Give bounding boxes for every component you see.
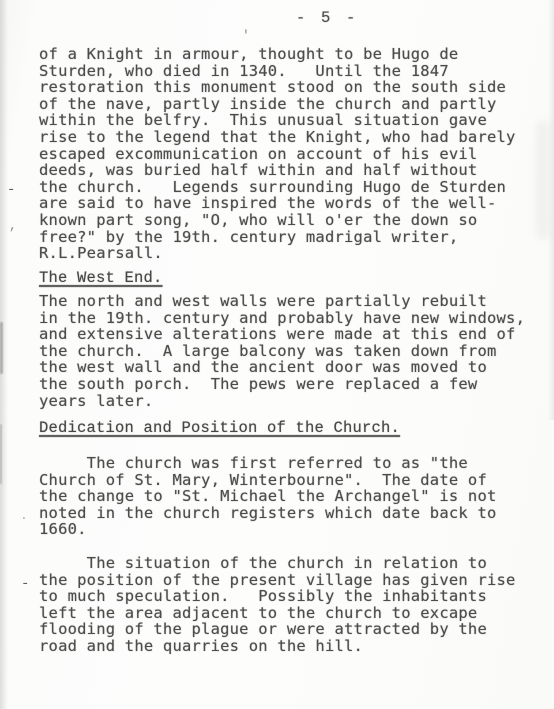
scan-artifact-margin-comma: , (9, 218, 17, 233)
body-paragraph-knight: of a Knight in armour, thought to be Hug… (39, 46, 516, 262)
section-heading-west-end: The West End. (39, 270, 163, 287)
body-paragraph-west-end: The north and west walls were partially … (39, 293, 525, 409)
scan-edge-streak-2 (0, 424, 2, 484)
body-paragraph-dedication: The church was first referred to as "the… (39, 455, 497, 538)
scan-artifact-margin-dash-1: - (7, 182, 15, 198)
scan-artifact-margin-dash-2: - (21, 576, 29, 592)
scan-edge-streak-1 (0, 322, 3, 374)
scanned-document-page: - 5 - ' of a Knight in armour, thought t… (0, 0, 554, 709)
scan-artifact-dot: . (20, 508, 28, 523)
scan-smudge (536, 120, 550, 240)
scan-artifact-tick: ' (242, 28, 250, 43)
page-number: - 5 - (296, 10, 356, 27)
body-paragraph-situation: The situation of the church in relation … (39, 555, 516, 655)
section-heading-dedication: Dedication and Position of the Church. (39, 420, 400, 437)
